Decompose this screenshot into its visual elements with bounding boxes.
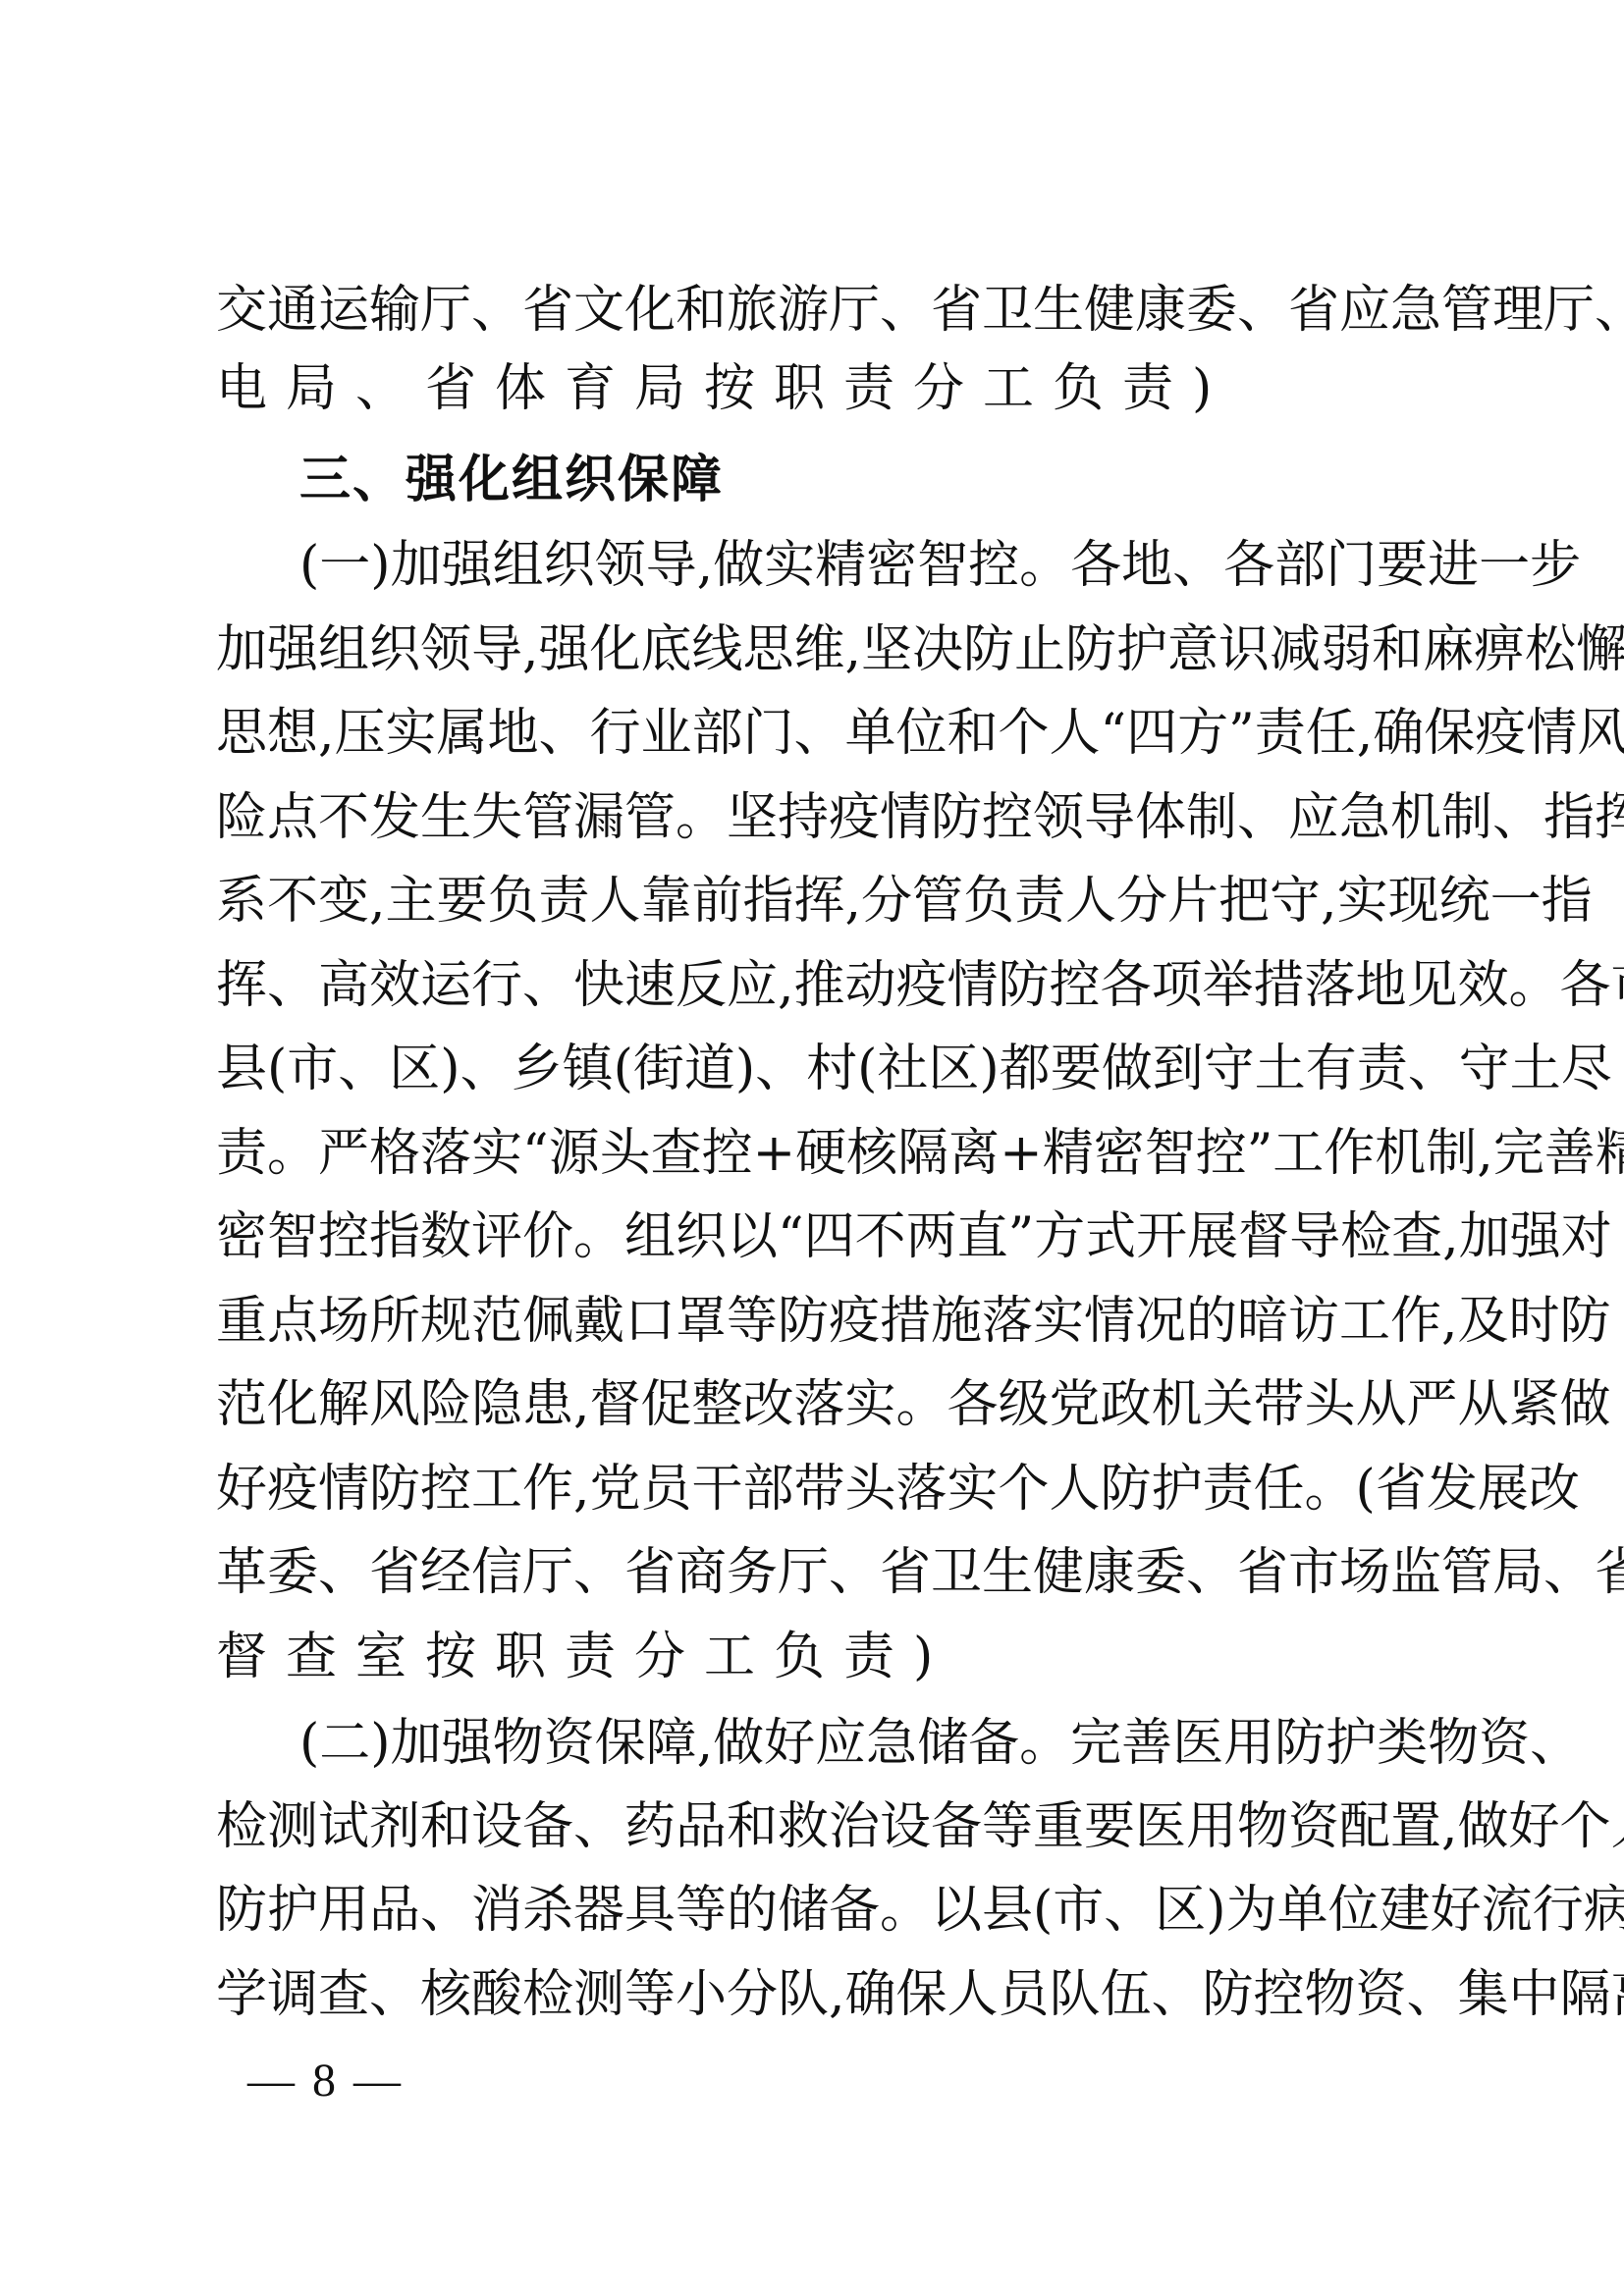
subsection-1-first-line: (一)加强组织领导,做实精密智控。各地、各部门要进一步: [299, 530, 1416, 601]
body-line: 密智控指数评价。组织以“四不两直”方式开展督导检查,加强对: [216, 1201, 1416, 1272]
body-line: 检测试剂和设备、药品和救治设备等重要医用物资配置,做好个人: [216, 1791, 1416, 1862]
section-heading: 三、强化组织保障: [299, 445, 724, 515]
body-line: 加强组织领导,强化底线思维,坚决防止防护意识减弱和麻痹松懈: [216, 614, 1416, 685]
body-line: 县(市、区)、乡镇(街道)、村(社区)都要做到守土有责、守土尽: [216, 1034, 1416, 1104]
body-line: 好疫情防控工作,党员干部带头落实个人防护责任。(省发展改: [216, 1454, 1416, 1524]
page-number: — 8 —: [247, 2052, 401, 2110]
body-line: 范化解风险隐患,督促整改落实。各级党政机关带头从严从紧做: [216, 1369, 1416, 1440]
body-line: 革委、省经信厅、省商务厅、省卫生健康委、省市场监管局、省政府: [216, 1537, 1416, 1608]
body-line: 学调查、核酸检测等小分队,确保人员队伍、防控物资、集中隔离场: [216, 1959, 1416, 2030]
body-line: 重点场所规范佩戴口罩等防疫措施落实情况的暗访工作,及时防: [216, 1286, 1416, 1357]
body-line: 防护用品、消杀器具等的储备。以县(市、区)为单位建好流行病: [216, 1875, 1416, 1946]
body-line: 系不变,主要负责人靠前指挥,分管负责人分片把守,实现统一指: [216, 866, 1416, 936]
document-page: 交通运输厅、省文化和旅游厅、省卫生健康委、省应急管理厅、省广 电局、省体育局按职…: [0, 0, 1624, 2296]
body-line: 督查室按职责分工负责): [216, 1622, 1416, 1692]
body-line: 责。严格落实“源头查控+硬核隔离+精密智控”工作机制,完善精: [216, 1118, 1416, 1189]
subsection-2-first-line: (二)加强物资保障,做好应急储备。完善医用防护类物资、: [299, 1708, 1416, 1779]
body-line: 挥、高效运行、快速反应,推动疫情防控各项举措落地见效。各市、: [216, 950, 1416, 1021]
body-line: 思想,压实属地、行业部门、单位和个人“四方”责任,确保疫情风: [216, 698, 1416, 769]
body-line: 险点不发生失管漏管。坚持疫情防控领导体制、应急机制、指挥体: [216, 782, 1416, 853]
body-line: 交通运输厅、省文化和旅游厅、省卫生健康委、省应急管理厅、省广: [216, 275, 1416, 346]
body-line: 电局、省体育局按职责分工负责): [216, 353, 1416, 424]
